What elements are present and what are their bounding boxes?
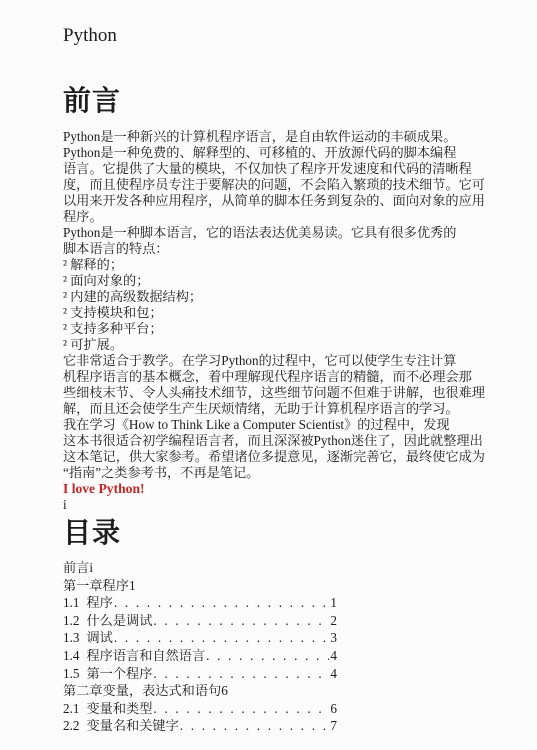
toc-entry-number: 1.1 (63, 594, 79, 612)
toc-entry-label: 程序语言和自然语言 (86, 647, 205, 665)
toc-entry: 1.4程序语言和自然语言4 (63, 647, 337, 665)
toc-entry-number: 1.2 (63, 612, 79, 630)
toc-entry-number: 2.1 (63, 700, 79, 718)
toc-entry: 2.1变量和类型6 (63, 700, 337, 718)
preface-line: 机程序语言的基本概念，着中理解现代程序语言的精髓，而不必理会那 (63, 369, 479, 385)
toc-entry-page: i (89, 559, 93, 577)
toc-entry-number: 2.2 (63, 717, 79, 735)
preface-line: 脚本语言的特点： (63, 241, 479, 257)
toc-leader-dots (114, 594, 330, 612)
toc-entry-page: 1 (129, 577, 136, 595)
document-page: Python 前言 Python是一种新兴的计算机程序语言，是自由软件运动的丰硕… (0, 0, 537, 750)
preface-line: ² 可扩展。 (63, 337, 479, 353)
preface-line: 程序。 (63, 209, 479, 225)
toc-entry: 第二章变量，表达式和语句6 (63, 682, 337, 700)
toc-entry-page: 7 (330, 717, 337, 735)
toc-entry: 1.5第一个程序4 (63, 665, 337, 683)
toc-entry: 1.2什么是调试2 (63, 612, 337, 630)
preface-heading: 前言 (63, 86, 479, 118)
preface-line: ² 解释的； (63, 257, 479, 273)
toc-entry: 2.2变量名和关键字7 (63, 717, 337, 735)
preface-line: 语言。它提供了大量的模块，不仅加快了程序开发速度和代码的清晰程 (63, 161, 479, 177)
toc-entry-page: 6 (221, 682, 228, 700)
preface-line: ² 支持模块和包； (63, 305, 479, 321)
preface-line: 解，而且还会使学生产生厌烦情绪，无助于计算机程序语言的学习。 (63, 401, 479, 417)
toc-entry-number: 1.3 (63, 629, 79, 647)
toc-entry-label: 前言 (63, 559, 89, 577)
toc-entry: 前言i (63, 559, 337, 577)
toc-entry-label: 第一个程序 (86, 665, 152, 683)
preface-line: “指南”之类参考书，不再是笔记。 (63, 465, 479, 481)
toc-leader-dots (153, 665, 329, 683)
preface-line: ² 支持多种平台； (63, 321, 479, 337)
page-number-marker: i (63, 497, 479, 513)
toc-entry-page: 4 (330, 647, 337, 665)
toc-entry-page: 1 (330, 594, 337, 612)
preface-body: Python是一种新兴的计算机程序语言，是自由软件运动的丰硕成果。Python是… (63, 129, 479, 481)
preface-line: ² 面向对象的； (63, 273, 479, 289)
preface-line: 它非常适合于教学。在学习Python的过程中，它可以使学生专注计算 (63, 353, 479, 369)
toc-entry-label: 什么是调试 (86, 612, 152, 630)
toc-entry: 1.1程序1 (63, 594, 337, 612)
toc-entry-label: 第二章变量，表达式和语句 (63, 682, 221, 700)
toc-entry: 1.3调试3 (63, 629, 337, 647)
toc-heading: 目录 (63, 518, 479, 550)
toc-entry-label: 变量和类型 (86, 700, 152, 718)
toc-entry-page: 4 (330, 665, 337, 683)
toc-leader-dots (206, 647, 329, 665)
toc-entry-page: 6 (330, 700, 337, 718)
preface-line: 度，而且使程序员专注于要解决的问题，不会陷入繁琐的技术细节。它可 (63, 177, 479, 193)
table-of-contents: 前言i第一章程序11.1程序11.2什么是调试21.3调试31.4程序语言和自然… (63, 559, 337, 735)
toc-entry-label: 变量名和关键字 (86, 717, 178, 735)
toc-entry: 第一章程序1 (63, 577, 337, 595)
toc-entry-label: 第一章程序 (63, 577, 129, 595)
preface-line: Python是一种免费的、解释型的、可移植的、开放源代码的脚本编程 (63, 145, 479, 161)
toc-entry-page: 2 (330, 612, 337, 630)
preface-line: 些细枝末节、令人头痛技术细节，这些细节问题不但难于讲解，也很难理 (63, 385, 479, 401)
preface-line: 这本笔记，供大家参考。希望诸位多提意见，逐渐完善它，最终使它成为 (63, 449, 479, 465)
toc-entry-number: 1.5 (63, 665, 79, 683)
preface-line: Python是一种脚本语言，它的语法表达优美易读。它具有很多优秀的 (63, 225, 479, 241)
toc-leader-dots (114, 629, 330, 647)
preface-line: 我在学习《How to Think Like a Computer Scient… (63, 417, 479, 433)
preface-line: 这本书很适合初学编程语言者，而且深深被Python迷住了，因此就整理出 (63, 433, 479, 449)
toc-entry-label: 调试 (86, 629, 112, 647)
document-title: Python (63, 24, 479, 48)
toc-leader-dots (180, 717, 330, 735)
toc-leader-dots (153, 612, 329, 630)
toc-entry-label: 程序 (86, 594, 112, 612)
toc-entry-page: 3 (330, 629, 337, 647)
love-python-line: I love Python! (63, 481, 479, 497)
preface-line: Python是一种新兴的计算机程序语言，是自由软件运动的丰硕成果。 (63, 129, 479, 145)
toc-entry-number: 1.4 (63, 647, 79, 665)
preface-line: 以用来开发各种应用程序，从简单的脚本任务到复杂的、面向对象的应用 (63, 193, 479, 209)
toc-leader-dots (153, 700, 329, 718)
preface-line: ² 内建的高级数据结构； (63, 289, 479, 305)
